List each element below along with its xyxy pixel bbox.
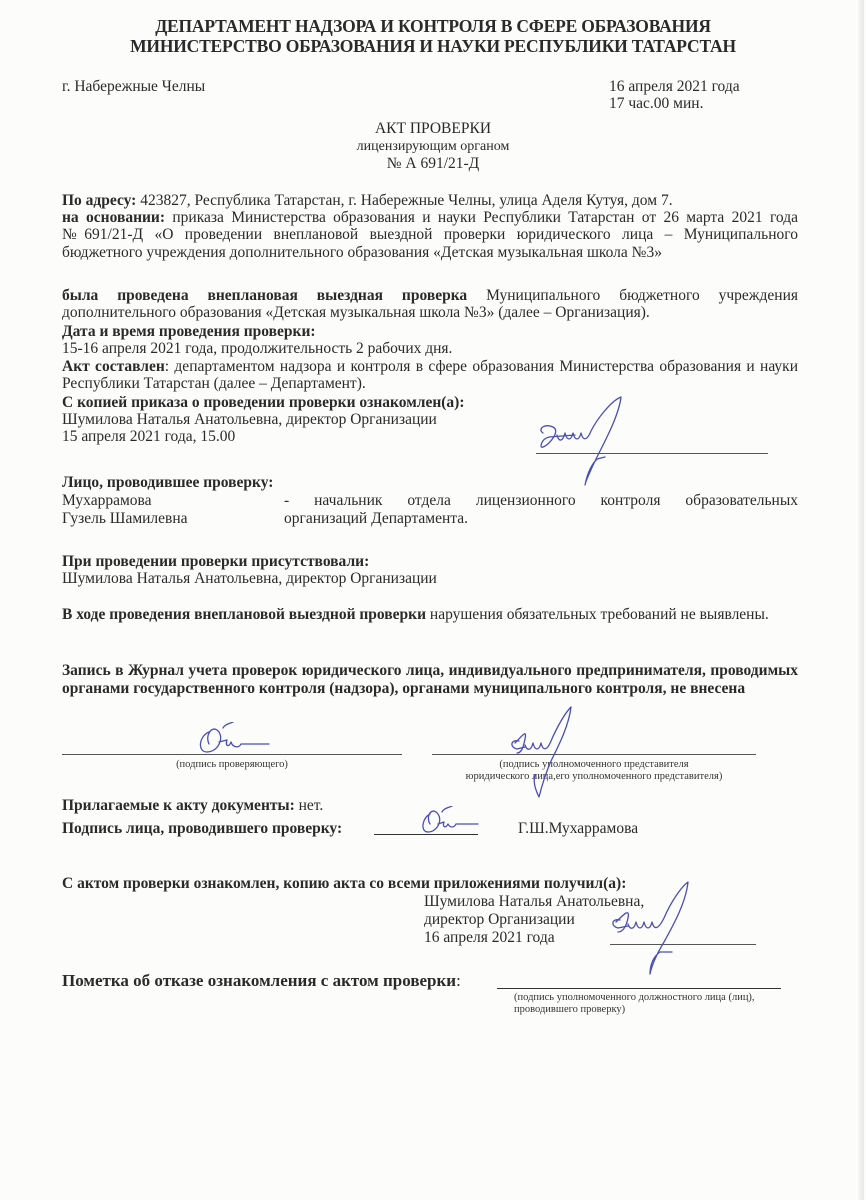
received-label: С актом проверки ознакомлен, копию акта … [62,875,626,892]
refusal-signature-line [497,988,781,989]
doc-number: № А 691/21-Д [0,155,866,172]
refusal-caption-line2: проводившего проверку) [514,1004,625,1016]
header-line1: ДЕПАРТАМЕНТ НАДЗОРА И КОНТРОЛЯ В СФЕРЕ О… [0,16,866,36]
attachments-value: нет. [295,797,324,814]
inspector-signature-label: Подпись лица, проводившего проверку: [62,820,342,837]
refusal-caption-line1: (подпись уполномоченного должностного ли… [514,992,755,1004]
refusal-colon: : [456,971,461,990]
place: г. Набережные Челны [62,78,205,95]
header-line2: МИНИСТЕРСТВО ОБРАЗОВАНИЯ И НАУКИ РЕСПУБЛ… [0,36,866,56]
compiled-paragraph: Акт составлен: департаментом надзора и к… [62,358,798,392]
inspector-signature-icon [195,722,275,758]
compiled-value: : департаментом надзора и контроля в сфе… [62,358,798,392]
refusal-paragraph: Пометка об отказе ознакомления с актом п… [62,971,461,990]
order-copy-label: С копией приказа о проведении проверки о… [62,394,465,411]
director-signature-icon [535,395,655,490]
inspector-surname: Мухаррамова [62,492,152,509]
result-label: В ходе проведения внеплановой выездной п… [62,606,426,623]
date: 16 апреля 2021 года [609,78,740,95]
present-label: При проведении проверки присутствовали: [62,553,369,570]
basis-value: приказа Министерства образования и науки… [62,209,798,261]
basis-paragraph: на основании: приказа Министерства образ… [62,209,798,261]
received-line3: 16 апреля 2021 года [424,929,555,946]
compiled-label: Акт составлен [62,358,165,375]
basis-label: на основании: [62,209,165,226]
datetime-value: 15-16 апреля 2021 года, продолжительност… [62,340,452,357]
inspector-signature-icon-2 [418,806,482,836]
address-value: 423827, Республика Татарстан, г. Набереж… [136,192,672,209]
inspector-position-line2: организаций Департамента. [284,510,468,527]
address-paragraph: По адресу: 423827, Республика Татарстан,… [62,192,798,209]
inspection-label: была проведена внеплановая выездная пров… [62,287,467,304]
refusal-label: Пометка об отказе ознакомления с актом п… [62,971,456,990]
doc-subtitle: лицензирующим органом [0,138,866,155]
rep-caption-line1: (подпись уполномоченного представителя [432,759,756,771]
result-value: нарушения обязательных требований не выя… [426,606,769,623]
present-value: Шумилова Наталья Анатольевна, директор О… [62,570,437,587]
order-copy-when: 15 апреля 2021 года, 15.00 [62,428,235,445]
attachments-paragraph: Прилагаемые к акту документы: нет. [62,797,323,814]
rep-caption-line2: юридического лица,его уполномоченного пр… [412,771,776,783]
attachments-label: Прилагаемые к акту документы: [62,797,295,814]
rep-signature-line [432,754,756,755]
scan-edge [858,0,864,1200]
inspector-name: Гузель Шамилевна [62,510,188,527]
order-copy-person: Шумилова Наталья Анатольевна, директор О… [62,411,437,428]
doc-title: АКТ ПРОВЕРКИ [0,120,866,137]
inspector-signature-name: Г.Ш.Мухаррамова [518,820,638,837]
received-line2: директор Организации [424,911,575,928]
result-paragraph: В ходе проведения внеплановой выездной п… [62,606,798,623]
journal-paragraph: Запись в Журнал учета проверок юридическ… [62,662,798,698]
address-label: По адресу: [62,192,136,209]
datetime-label: Дата и время проведения проверки: [62,323,316,340]
inspection-paragraph: была проведена внеплановая выездная пров… [62,287,798,321]
time: 17 час.00 мин. [609,95,703,112]
inspector-position-line1: - начальник отдела лицензионного контрол… [284,492,798,509]
received-signature-icon [606,880,702,980]
inspector-caption: (подпись проверяющего) [62,759,402,771]
inspector-label: Лицо, проводившее проверку: [62,474,273,491]
rep-signature-icon [505,705,585,800]
